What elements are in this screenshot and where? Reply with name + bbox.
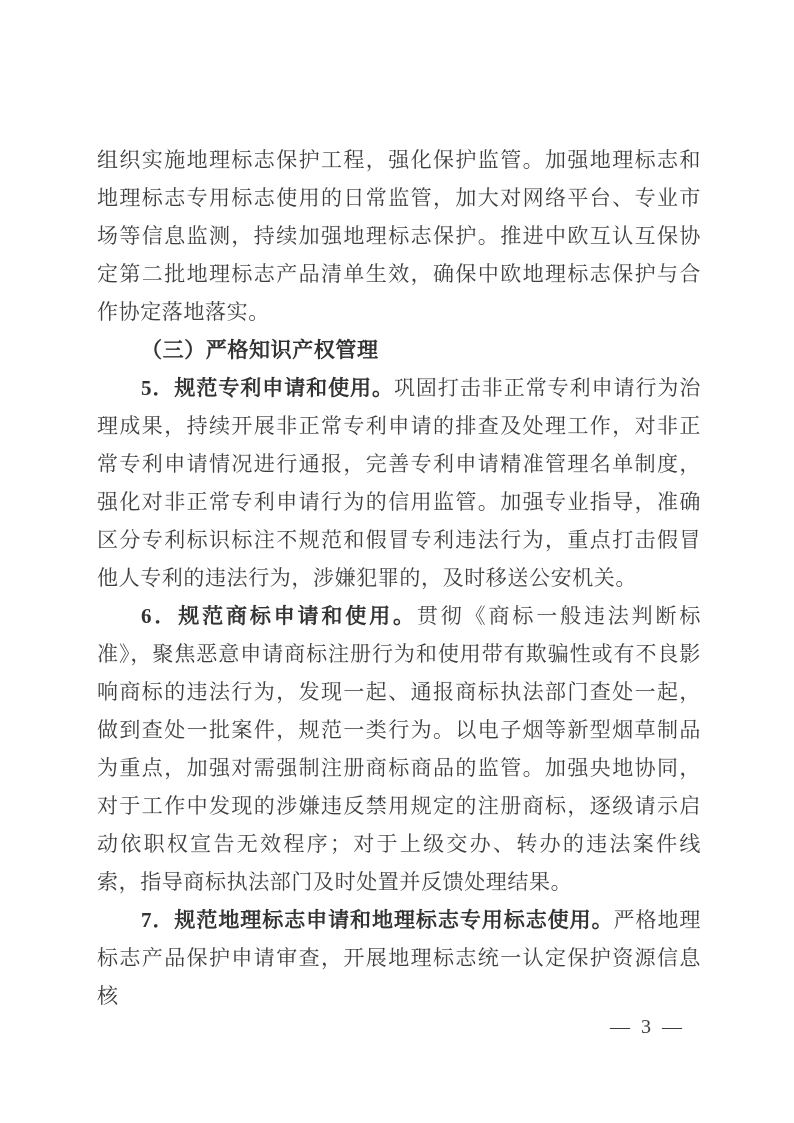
- paragraph-item-5: 5．规范专利申请和使用。巩固打击非正常专利申请行为治理成果，持续开展非正常专利申…: [97, 369, 701, 597]
- paragraph-item-7: 7．规范地理标志申请和地理标志专用标志使用。严格地理标志产品保护申请审查，开展地…: [97, 901, 701, 1015]
- paragraph-item-6: 6．规范商标申请和使用。贯彻《商标一般违法判断标准》，聚焦恶意申请商标注册行为和…: [97, 597, 701, 901]
- section-heading: （三）严格知识产权管理: [97, 331, 701, 369]
- item-5-lead: 5．规范专利申请和使用。: [141, 376, 394, 400]
- document-page: 组织实施地理标志保护工程，强化保护监管。加强地理标志和地理标志专用标志使用的日常…: [0, 0, 794, 1123]
- page-number: — 3 —: [610, 1013, 685, 1041]
- item-6-lead: 6．规范商标申请和使用。: [141, 604, 417, 628]
- document-body: 组织实施地理标志保护工程，强化保护监管。加强地理标志和地理标志专用标志使用的日常…: [97, 141, 701, 1015]
- item-5-body: 巩固打击非正常专利申请行为治理成果，持续开展非正常专利申请的排查及处理工作，对非…: [97, 376, 701, 590]
- item-7-lead: 7．规范地理标志申请和地理标志专用标志使用。: [141, 908, 614, 932]
- item-6-body: 贯彻《商标一般违法判断标准》，聚焦恶意申请商标注册行为和使用带有欺骗性或有不良影…: [97, 604, 701, 894]
- paragraph-continuation: 组织实施地理标志保护工程，强化保护监管。加强地理标志和地理标志专用标志使用的日常…: [97, 141, 701, 331]
